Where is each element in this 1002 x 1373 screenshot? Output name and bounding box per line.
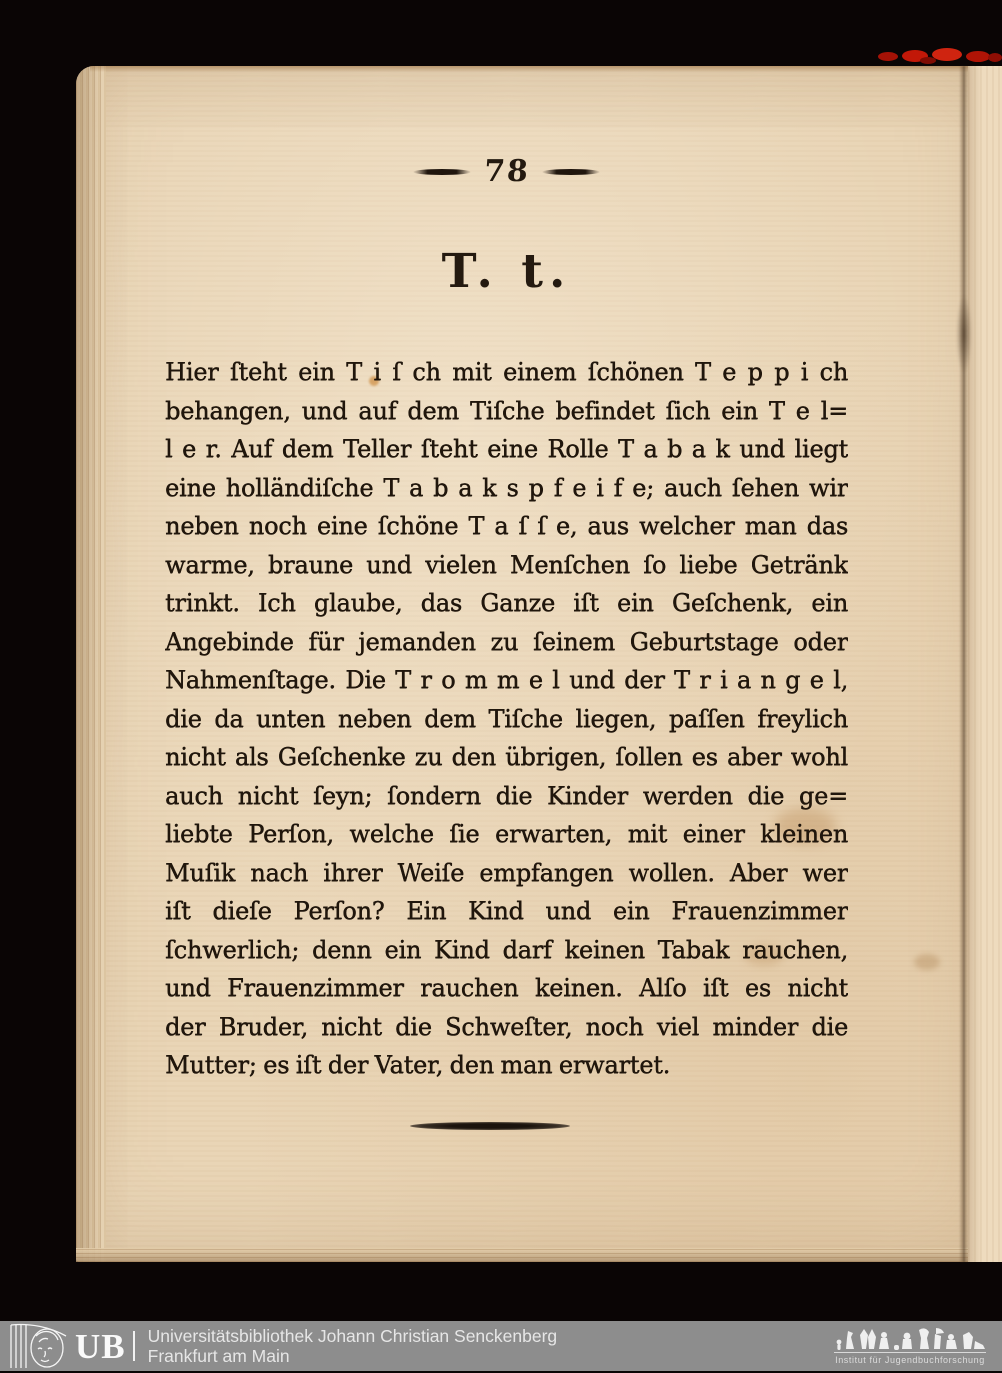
book-scan-viewer: 78 T. t. Hier ſteht ein T i ſ ch mit ein… bbox=[0, 0, 1002, 1373]
library-name: Universitätsbibliothek Johann Christian … bbox=[148, 1326, 558, 1366]
institute-figures-icon bbox=[834, 1327, 986, 1351]
page-number: 78 bbox=[482, 154, 530, 189]
body-line: Mutter; es iſt der Vater, den man erwart… bbox=[165, 1046, 848, 1085]
page-top-edge bbox=[90, 66, 1002, 72]
body-line: Angebinde für jemanden zu ſeinem Geburts… bbox=[165, 623, 848, 662]
ub-logo-separator bbox=[133, 1331, 135, 1361]
body-line: eine holländiſche T a b a k s p f e i f … bbox=[165, 469, 848, 508]
binding-crease bbox=[959, 66, 969, 1262]
body-line: ſchwerlich; denn ein Kind darf keinen Ta… bbox=[165, 931, 848, 970]
body-line: trinkt. Ich glaube, das Ganze iſt ein Ge… bbox=[165, 584, 848, 623]
paper-stain bbox=[914, 954, 940, 970]
body-line: liebte Perſon, welche ſie erwarten, mit … bbox=[165, 815, 848, 854]
body-line: nicht als Geſchenke zu den übrigen, ſoll… bbox=[165, 738, 848, 777]
adjacent-page-sliver bbox=[968, 66, 1002, 1262]
body-line: und Frauenzimmer rauchen keinen. Alſo iſ… bbox=[165, 969, 848, 1008]
body-line: Hier ſteht ein T i ſ ch mit einem ſchöne… bbox=[165, 353, 848, 392]
body-line: iſt dieſe Perſon? Ein Kind und ein Fraue… bbox=[165, 892, 848, 931]
ub-portrait-icon bbox=[8, 1322, 70, 1370]
binding-crease-smudge bbox=[956, 294, 972, 374]
page-number-rule-left bbox=[413, 169, 471, 175]
institute-logo: Institut für Jugendbuchforschung bbox=[834, 1327, 986, 1365]
body-line: l e r. Auf dem Teller ſteht eine Rolle T… bbox=[165, 430, 848, 469]
institute-caption: Institut für Jugendbuchforschung bbox=[835, 1355, 985, 1365]
red-sprinkled-edge-marks bbox=[876, 44, 1002, 66]
end-of-section-rule bbox=[410, 1122, 570, 1130]
page-number-row: 78 bbox=[165, 154, 848, 189]
page-stack-bottom-edge bbox=[76, 1248, 1002, 1262]
body-line: neben noch eine ſchöne T a ſ ſ e, aus we… bbox=[165, 507, 848, 546]
page-number-rule-right bbox=[542, 169, 600, 175]
body-line: der Bruder, nicht die Schweſter, noch vi… bbox=[165, 1008, 848, 1047]
body-text: Hier ſteht ein T i ſ ch mit einem ſchöne… bbox=[165, 353, 848, 1085]
body-line: Muſik nach ihrer Weiſe empfangen wollen.… bbox=[165, 854, 848, 893]
section-heading: T. t. bbox=[165, 244, 848, 299]
library-name-line1: Universitätsbibliothek Johann Christian … bbox=[148, 1326, 558, 1346]
institute-rule bbox=[834, 1352, 986, 1353]
ub-logo: UB bbox=[8, 1322, 135, 1370]
body-line: auch nicht ſeyn; ſondern die Kinder werd… bbox=[165, 777, 848, 816]
library-name-line2: Frankfurt am Main bbox=[148, 1346, 558, 1366]
ub-logo-text: UB bbox=[75, 1329, 126, 1364]
body-line: warme, braune und vielen Menſchen ſo lie… bbox=[165, 546, 848, 585]
body-line: Nahmenſtage. Die T r o m m e l und der T… bbox=[165, 661, 848, 700]
page-stack-left-edge bbox=[76, 66, 106, 1262]
body-line: behangen, und auf dem Tiſche befindet ſi… bbox=[165, 392, 848, 431]
body-line: die da unten neben dem Tiſche liegen, pa… bbox=[165, 700, 848, 739]
library-watermark-bar: UB Universitätsbibliothek Johann Christi… bbox=[0, 1321, 1002, 1371]
book-page: 78 T. t. Hier ſteht ein T i ſ ch mit ein… bbox=[76, 66, 1002, 1262]
